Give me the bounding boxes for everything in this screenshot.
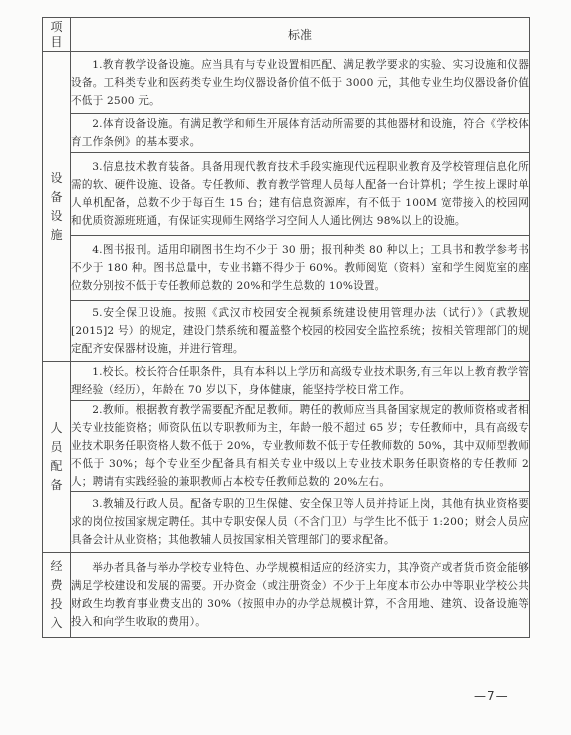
standard-text: 3.信息技术教育装备。具备用现代教育技术手段实施现代远程职业教育及学校管理信息化… xyxy=(71,158,529,230)
category-equipment: 设 备 设 施 xyxy=(43,52,71,362)
category-staffing: 人 员 配 备 xyxy=(43,362,71,553)
standard-text: 1.校长。校长符合任职条件，具有本科以上学历和高级专业技术职务,有三年以上教育教… xyxy=(71,363,529,399)
header-category-char: 项 xyxy=(43,20,70,35)
standard-text: 1.教育教学设备设施。应当具有与专业设置相匹配、满足教学要求的实验、实习设施和仪… xyxy=(71,56,529,110)
standard-cell: 3.信息技术教育装备。具备用现代教育技术手段实施现代远程职业教育及学校管理信息化… xyxy=(71,153,530,236)
standard-text: 3.教辅及行政人员。配备专职的卫生保健、安全保卫等人员并持证上岗，其他有执业资格… xyxy=(71,495,529,549)
table-row: 经 费 投 入 举办者具备与举办学校专业特色、办学规模相适应的经济实力，其净资产… xyxy=(43,553,530,638)
standards-table: 项 目 标准 设 备 设 施 1.教育教学设备设施。应当具有与专业设置相匹配、满… xyxy=(42,17,530,638)
category-char: 投 xyxy=(43,595,70,614)
table-row: 3.教辅及行政人员。配备专职的卫生保健、安全保卫等人员并持证上岗，其他有执业资格… xyxy=(43,492,530,553)
category-char: 人 xyxy=(43,419,70,438)
category-funding: 经 费 投 入 xyxy=(43,553,71,638)
header-category: 项 目 xyxy=(43,18,71,52)
category-char: 施 xyxy=(43,226,70,245)
standard-text: 2.教师。根据教育教学需要配齐配足教师。聘任的教师应当具备国家规定的教师资格或者… xyxy=(71,401,529,491)
standard-text: 2.体育设备设施。有满足教学和师生开展体育活动所需要的其他器材和设施，符合《学校… xyxy=(71,115,529,151)
standard-cell: 1.校长。校长符合任职条件，具有本科以上学历和高级专业技术职务,有三年以上教育教… xyxy=(71,362,530,401)
standard-cell: 2.体育设备设施。有满足教学和师生开展体育活动所需要的其他器材和设施，符合《学校… xyxy=(71,114,530,153)
table-row: 5.安全保卫设施。按照《武汉市校园安全视频系统建设使用管理办法（试行）》（武教规… xyxy=(43,301,530,362)
table-header-row: 项 目 标准 xyxy=(43,18,530,52)
table-row: 2.教师。根据教育教学需要配齐配足教师。聘任的教师应当具备国家规定的教师资格或者… xyxy=(43,401,530,492)
category-char: 经 xyxy=(43,557,70,576)
category-char: 备 xyxy=(43,188,70,207)
standard-text: 举办者具备与举办学校专业特色、办学规模相适应的经济实力，其净资产或者货币资金能够… xyxy=(71,559,529,631)
standard-cell: 5.安全保卫设施。按照《武汉市校园安全视频系统建设使用管理办法（试行）》（武教规… xyxy=(71,301,530,362)
standard-cell: 1.教育教学设备设施。应当具有与专业设置相匹配、满足教学要求的实验、实习设施和仪… xyxy=(71,52,530,114)
table-row: 3.信息技术教育装备。具备用现代教育技术手段实施现代远程职业教育及学校管理信息化… xyxy=(43,153,530,236)
table-row: 人 员 配 备 1.校长。校长符合任职条件，具有本科以上学历和高级专业技术职务,… xyxy=(43,362,530,401)
category-char: 设 xyxy=(43,169,70,188)
table-row: 2.体育设备设施。有满足教学和师生开展体育活动所需要的其他器材和设施，符合《学校… xyxy=(43,114,530,153)
standard-cell: 4.图书报刊。适用印刷图书生均不少于 30 册；报刊种类 80 种以上；工具书和… xyxy=(71,236,530,301)
table-row: 设 备 设 施 1.教育教学设备设施。应当具有与专业设置相匹配、满足教学要求的实… xyxy=(43,52,530,114)
page-number: —7— xyxy=(474,689,509,703)
table-row: 4.图书报刊。适用印刷图书生均不少于 30 册；报刊种类 80 种以上；工具书和… xyxy=(43,236,530,301)
category-char: 入 xyxy=(43,614,70,633)
category-char: 设 xyxy=(43,207,70,226)
standard-text: 5.安全保卫设施。按照《武汉市校园安全视频系统建设使用管理办法（试行）》（武教规… xyxy=(71,304,529,358)
category-char: 配 xyxy=(43,457,70,476)
standard-cell: 3.教辅及行政人员。配备专职的卫生保健、安全保卫等人员并持证上岗，其他有执业资格… xyxy=(71,492,530,553)
standard-text: 4.图书报刊。适用印刷图书生均不少于 30 册；报刊种类 80 种以上；工具书和… xyxy=(71,241,529,295)
header-standard: 标准 xyxy=(71,18,530,52)
standard-cell: 举办者具备与举办学校专业特色、办学规模相适应的经济实力，其净资产或者货币资金能够… xyxy=(71,553,530,638)
header-category-char: 目 xyxy=(43,35,70,50)
category-char: 备 xyxy=(43,476,70,495)
category-char: 员 xyxy=(43,438,70,457)
category-char: 费 xyxy=(43,576,70,595)
standard-cell: 2.教师。根据教育教学需要配齐配足教师。聘任的教师应当具备国家规定的教师资格或者… xyxy=(71,401,530,492)
